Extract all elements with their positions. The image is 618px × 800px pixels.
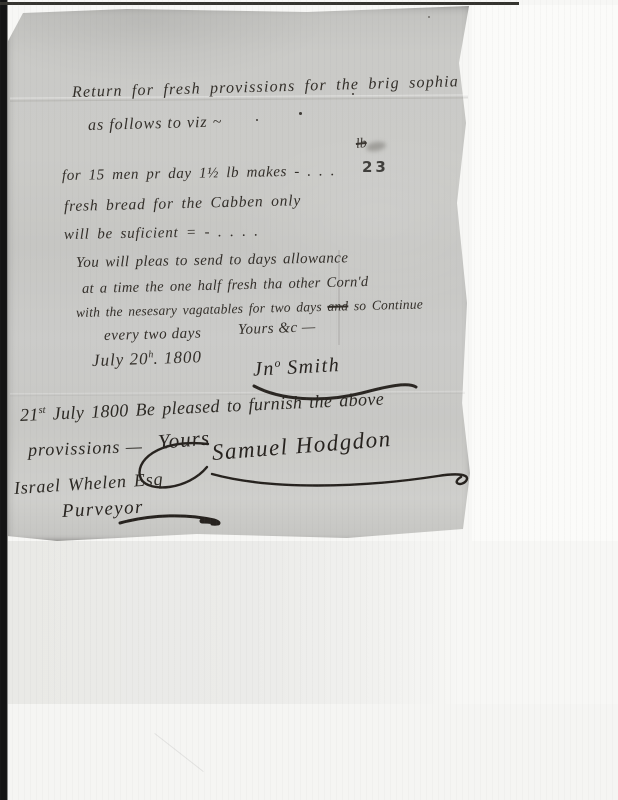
tally-struck-unit: lb [355, 136, 368, 153]
body-line-6-post: so Continue [348, 297, 423, 314]
scanner-edge-left [0, 0, 8, 800]
ink-spot [428, 16, 430, 18]
signature-jno-smith-post: Smith [280, 354, 341, 379]
closing-date-main: July 20 [92, 349, 149, 370]
addressee-title-flourish [118, 512, 226, 528]
closing-valediction: Yours &c — [238, 319, 316, 339]
closing-date: July 20h. 1800 [92, 347, 203, 371]
tally-amount: 23 [362, 158, 389, 176]
scanned-document-page: Return for fresh provissions for the bri… [0, 0, 618, 800]
ink-spot [299, 112, 302, 115]
ink-spot [256, 119, 258, 121]
body-line-7: every two days [104, 325, 202, 345]
body-line-3: will be suficient = - . . . . [64, 224, 259, 244]
endorsement-line-2: provissions — [28, 436, 144, 461]
scanner-bed-right [472, 5, 618, 541]
heading-line-2: as follows to viz ~ [88, 113, 223, 135]
signature-samuel-hodgdon-flourish [210, 468, 478, 494]
signature-jno-smith-pre: Jn [252, 358, 275, 381]
closing-date-tail: . 1800 [153, 347, 202, 368]
body-line-6-struck-word: and [327, 298, 348, 314]
signature-jno-smith: Jno Smith [252, 353, 340, 381]
scanner-bed-bottom [7, 704, 618, 800]
scanner-edge-top [0, 2, 519, 5]
backing-sheet [7, 541, 455, 704]
endorsement-day: 21 [20, 404, 40, 425]
